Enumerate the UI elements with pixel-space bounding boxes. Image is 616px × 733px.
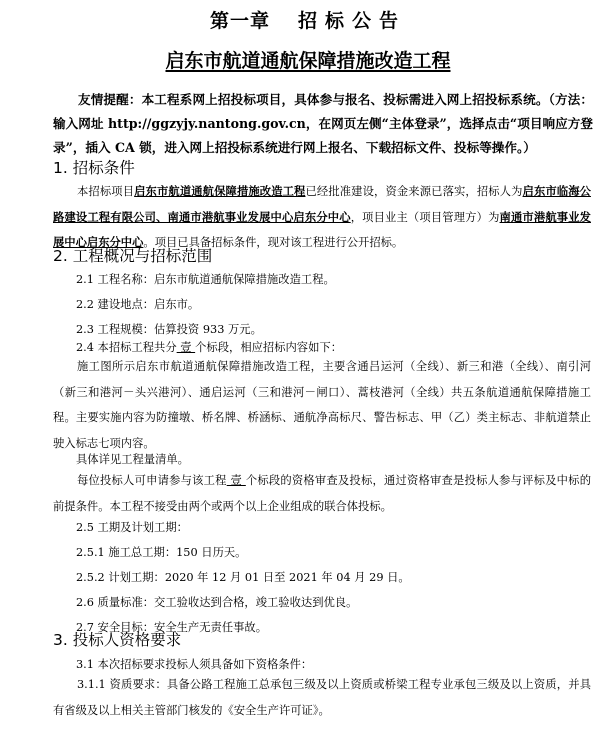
item-3-1-1: 3.1.1 资质要求：具备公路工程施工总承包三级及以上资质或桥梁工程专业承包三级… <box>53 672 591 723</box>
section-heading-2: 2. 工程概况与招标范围 <box>53 246 212 266</box>
notice-paragraph: 友情提醒：本工程系网上招投标项目，具体参与报名、投标需进入网上招投标系统。（方法… <box>53 88 593 160</box>
section1-paragraph: 本招标项目启东市航道通航保障措施改造工程已经批准建设，资金来源已落实，招标人为启… <box>53 179 591 256</box>
bid-count: 壹 <box>227 474 246 487</box>
item-2-4-count: 壹 <box>177 341 195 354</box>
section-heading-1: 1. 招标条件 <box>53 158 135 178</box>
detail-note: 具体详见工程量清单。 <box>76 450 189 470</box>
document-page: 第一章招标公告 启东市航道通航保障措施改造工程 友情提醒：本工程系网上招投标项目… <box>0 0 616 733</box>
p1-text-b: 已经批准建设，资金来源已落实，招标人为 <box>305 185 522 198</box>
item-2-5-2: 2.5.2 计划工期：2020 年 12 月 01 日至 2021 年 04 月… <box>76 568 410 588</box>
project-title: 启东市航道通航保障措施改造工程 <box>0 46 616 73</box>
chapter-number: 第一章 <box>210 10 270 32</box>
chapter-title: 第一章招标公告 <box>0 6 616 33</box>
p1-text-c: ，项目业主（项目管理方）为 <box>351 211 500 224</box>
item-2-1: 2.1 工程名称：启东市航道通航保障措施改造工程。 <box>76 270 335 290</box>
bid-paragraph: 每位投标人可申请参与该工程 壹 个标段的资格审查及投标，通过资格审查是投标人参与… <box>53 468 591 519</box>
item-2-2: 2.2 建设地点：启东市。 <box>76 295 199 315</box>
item-2-4-text-b: 个标段，相应招标内容如下： <box>195 341 342 354</box>
scope-paragraph: 施工图所示启东市航道通航保障措施改造工程，主要含通吕运河（全线）、新三和港（全线… <box>53 354 591 456</box>
item-2-3: 2.3 工程规模：估算投资 933 万元。 <box>76 320 262 340</box>
item-2-4-text-a: 2.4 本招标工程共分 <box>76 341 177 354</box>
p1-project-name: 启东市航道通航保障措施改造工程 <box>134 184 305 198</box>
item-2-5-1: 2.5.1 施工总工期：150 日历天。 <box>76 543 246 563</box>
item-2-6: 2.6 质量标准：交工验收达到合格，竣工验收达到优良。 <box>76 593 357 613</box>
item-2-5: 2.5 工期及计划工期： <box>76 518 188 538</box>
chapter-heading: 招标公告 <box>298 10 406 32</box>
project-title-text: 启东市航道通航保障措施改造工程 <box>165 50 450 72</box>
section-heading-3: 3. 投标人资格要求 <box>53 630 181 650</box>
p1-text-a: 本招标项目 <box>77 185 134 198</box>
bid-text-a: 每位投标人可申请参与该工程 <box>77 474 227 487</box>
